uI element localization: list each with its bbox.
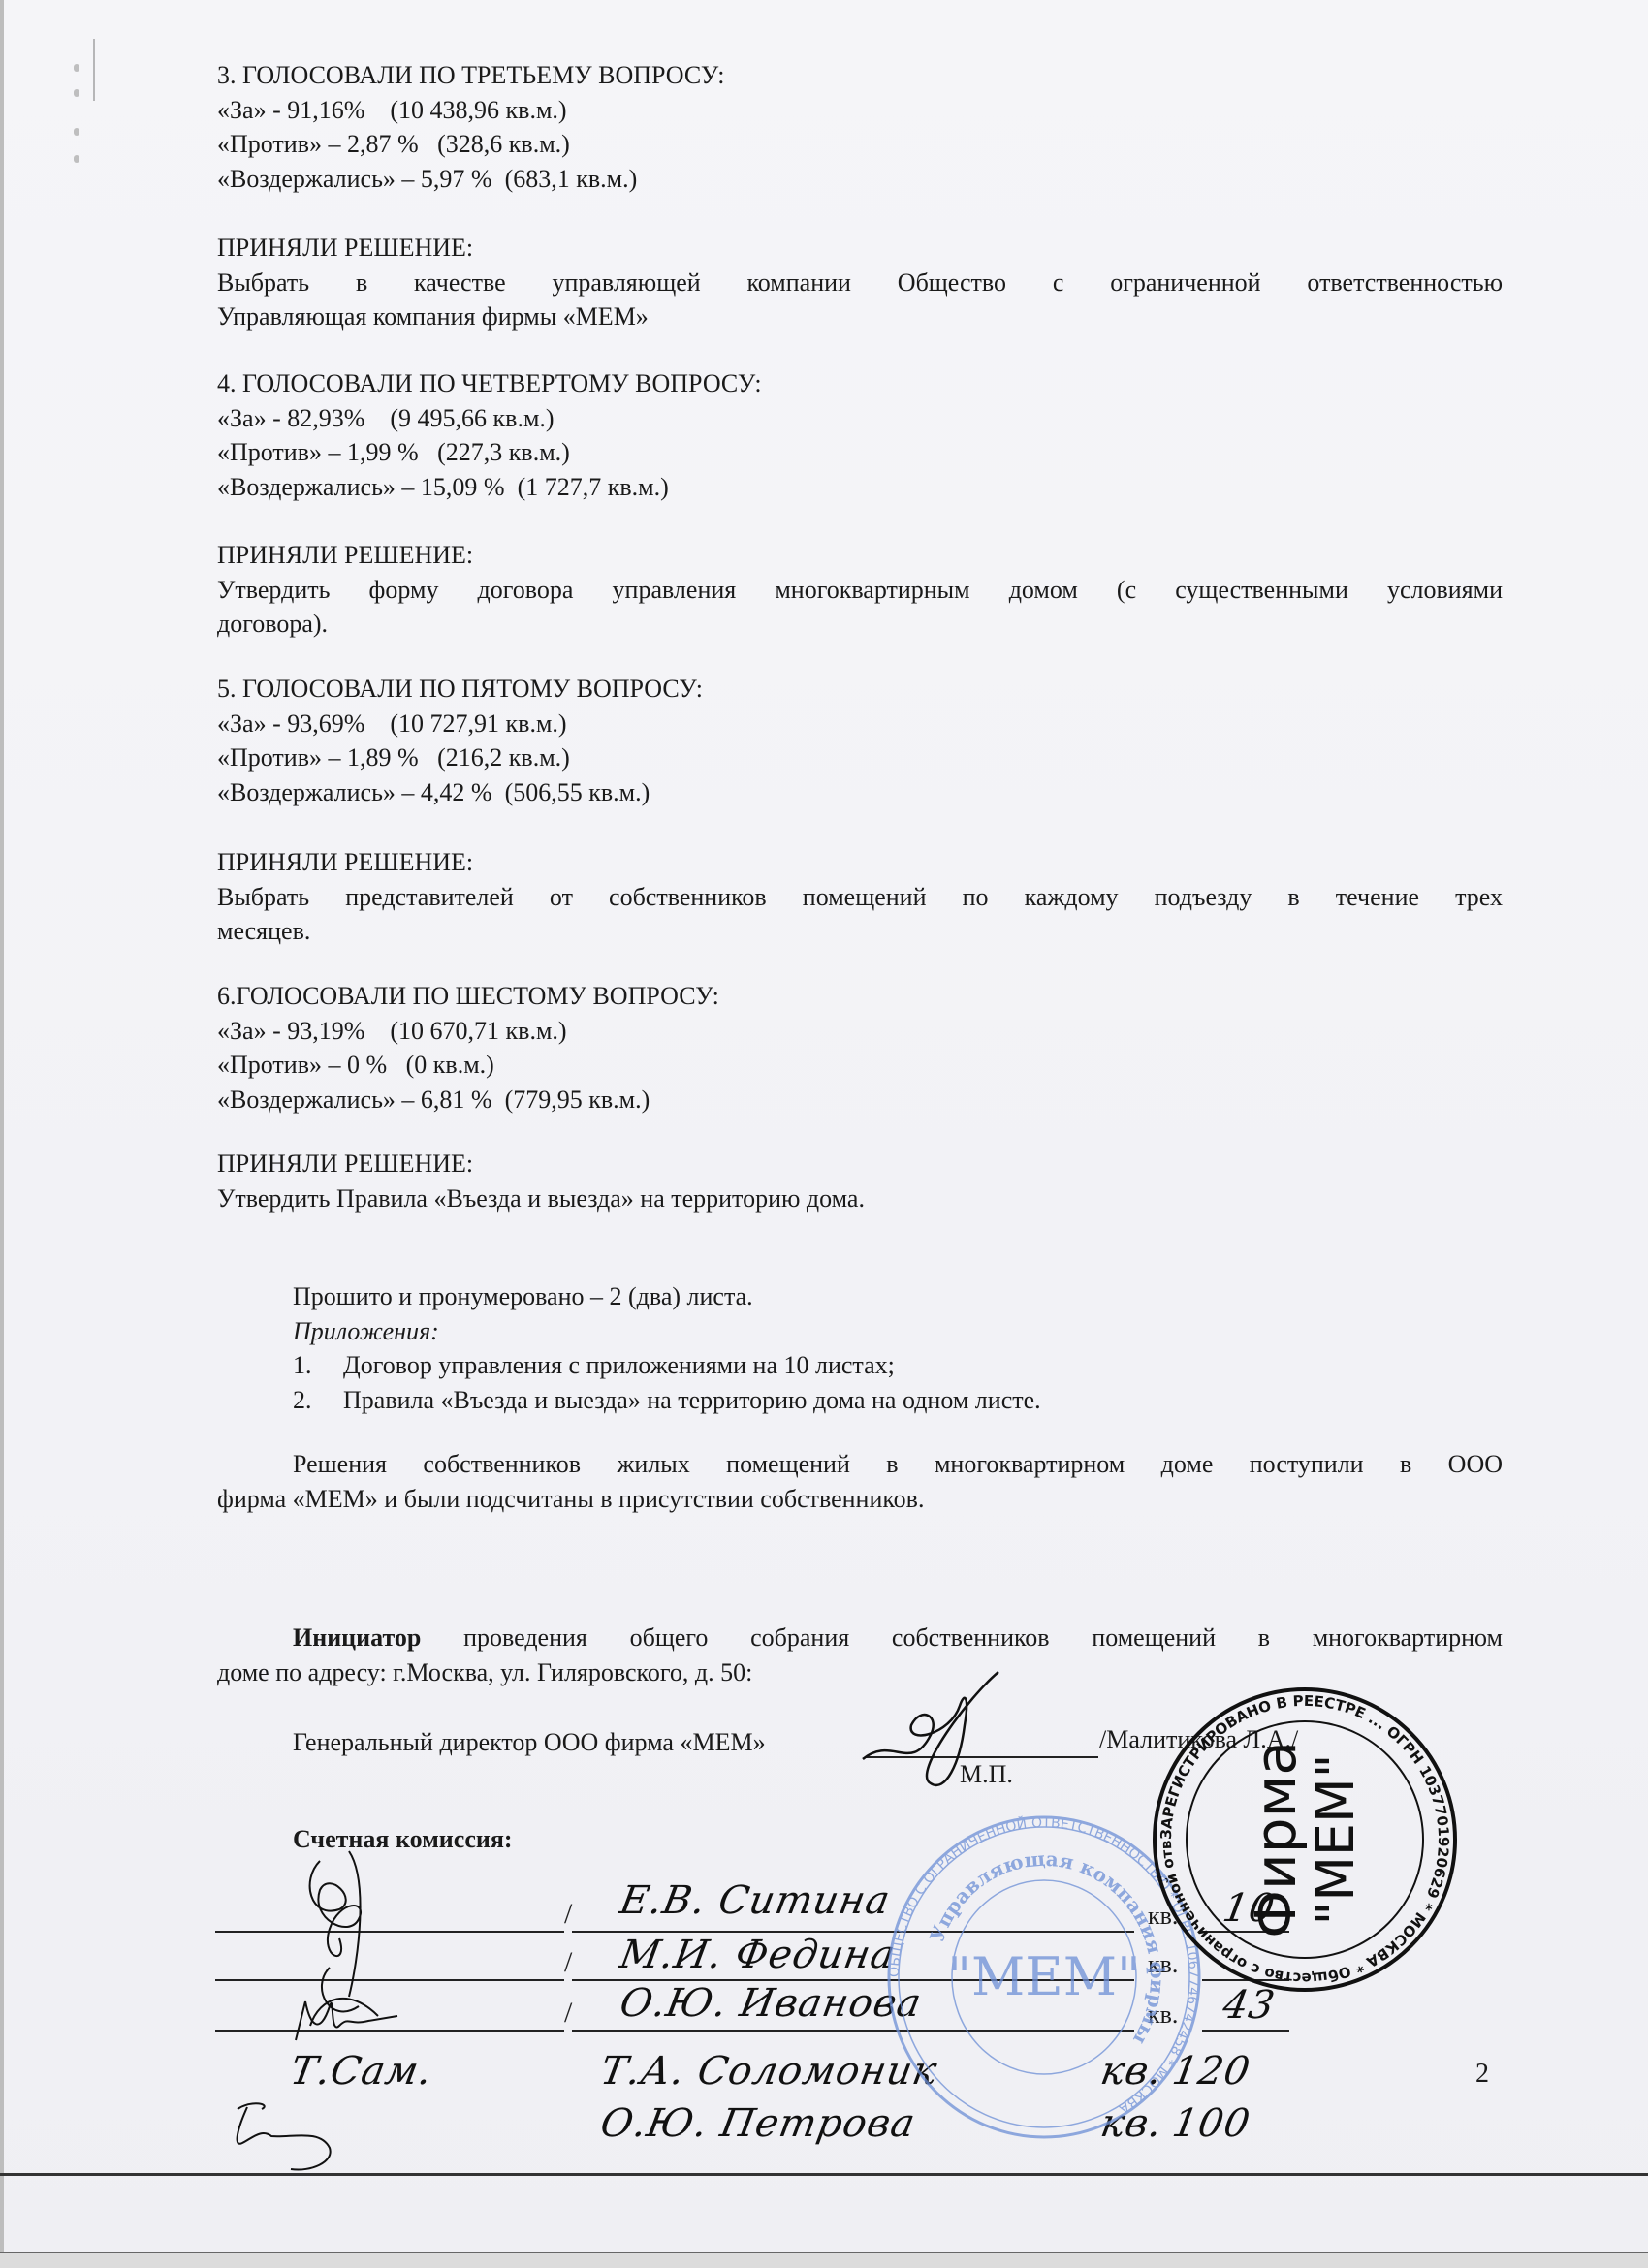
vote-for: «За» - 91,16% (10 438,96 кв.м.) <box>217 93 1503 128</box>
initiator-bold: Инициатор <box>293 1623 421 1652</box>
question-4-section: 4. ГОЛОСОВАЛИ ПО ЧЕТВЕРТОМУ ВОПРОСУ: «За… <box>217 366 1503 504</box>
attachment-item: 2. Правила «Въезда и выезда» на территор… <box>293 1383 1503 1418</box>
decision-label: ПРИНЯЛИ РЕШЕНИЕ: <box>217 845 1503 880</box>
vote-abstain: «Воздержались» – 15,09 % (1 727,7 кв.м.) <box>217 470 1503 505</box>
decision-text: Выбрать в качестве управляющей компании … <box>217 266 1503 300</box>
director-label: Генеральный директор ООО фирма «МЕМ» <box>293 1728 766 1756</box>
received-paragraph: Решения собственников жилых помещений в … <box>217 1447 1503 1516</box>
question-3-decision: ПРИНЯЛИ РЕШЕНИЕ: Выбрать в качестве упра… <box>217 231 1503 334</box>
question-3-section: 3. ГОЛОСОВАЛИ ПО ТРЕТЬЕМУ ВОПРОСУ: «За» … <box>217 58 1503 196</box>
question-5-decision: ПРИНЯЛИ РЕШЕНИЕ: Выбрать представителей … <box>217 845 1503 949</box>
initiator-text: Инициатор проведения общего собрания соб… <box>217 1621 1503 1655</box>
decision-label: ПРИНЯЛИ РЕШЕНИЕ: <box>217 538 1503 573</box>
handwritten-signature: Т.Сам. <box>287 2049 436 2094</box>
attachment-num: 1. <box>293 1348 343 1383</box>
stamp-center-line1: Фирма <box>1243 1741 1309 1938</box>
attachment-num: 2. <box>293 1383 343 1418</box>
question-6-section: 6.ГОЛОСОВАЛИ ПО ШЕСТОМУ ВОПРОСУ: «За» - … <box>217 979 1503 1117</box>
question-4-decision: ПРИНЯЛИ РЕШЕНИЕ: Утвердить форму договор… <box>217 538 1503 642</box>
decision-label: ПРИНЯЛИ РЕШЕНИЕ: <box>217 1147 1503 1181</box>
handwritten-name: М.И. Федина <box>617 1933 899 1977</box>
question-5-section: 5. ГОЛОСОВАЛИ ПО ПЯТОМУ ВОПРОСУ: «За» - … <box>217 672 1503 809</box>
scan-bottom-edge <box>0 2252 1648 2268</box>
vote-abstain: «Воздержались» – 5,97 % (683,1 кв.м.) <box>217 162 1503 197</box>
page-number: 2 <box>1475 2059 1489 2090</box>
director-signature <box>853 1667 1047 1793</box>
stamp-center-line2: "МЕМ" <box>1305 1754 1366 1926</box>
question-5-heading: 5. ГОЛОСОВАЛИ ПО ПЯТОМУ ВОПРОСУ: <box>217 672 1503 707</box>
document-page: 3. ГОЛОСОВАЛИ ПО ТРЕТЬЕМУ ВОПРОСУ: «За» … <box>0 0 1648 2268</box>
decision-text: Выбрать представителей от собственников … <box>217 880 1503 915</box>
vote-abstain: «Воздержались» – 4,42 % (506,55 кв.м.) <box>217 775 1503 810</box>
decision-text: Утвердить Правила «Въезда и выезда» на т… <box>217 1181 1503 1216</box>
question-4-heading: 4. ГОЛОСОВАЛИ ПО ЧЕТВЕРТОМУ ВОПРОСУ: <box>217 366 1503 401</box>
staple-mark <box>93 39 95 101</box>
vote-for: «За» - 82,93% (9 495,66 кв.м.) <box>217 401 1503 436</box>
question-6-heading: 6.ГОЛОСОВАЛИ ПО ШЕСТОМУ ВОПРОСУ: <box>217 979 1503 1014</box>
decision-text-cont: Управляющая компания фирмы «МЕМ» <box>217 299 1503 334</box>
bound-note: Прошито и пронумеровано – 2 (два) листа. <box>293 1279 1503 1314</box>
punch-hole <box>74 89 79 97</box>
company-stamp-black: ЗАРЕГИСТРИРОВАНО В РЕЕСТРЕ ... ОГРН 1037… <box>1150 1685 1460 1995</box>
separator-slash: / <box>564 1997 572 2030</box>
handwritten-name: О.Ю. Иванова <box>617 1981 925 2026</box>
question-6-decision: ПРИНЯЛИ РЕШЕНИЕ: Утвердить Правила «Въез… <box>217 1147 1503 1215</box>
decision-text-cont: месяцев. <box>217 914 1503 949</box>
punch-hole <box>74 128 79 136</box>
punch-hole <box>74 155 79 163</box>
vote-against: «Против» – 1,99 % (227,3 кв.м.) <box>217 435 1503 470</box>
handwritten-signature <box>291 1997 427 2045</box>
apt-line <box>1202 2030 1289 2032</box>
attachments-label: Приложения: <box>293 1314 1503 1349</box>
stamp-center-text: "МЕМ" <box>947 1946 1141 2007</box>
vote-against: «Против» – 0 % (0 кв.м.) <box>217 1048 1503 1083</box>
attachment-item: 1. Договор управления с приложениями на … <box>293 1348 1503 1383</box>
attachments-section: Прошито и пронумеровано – 2 (два) листа.… <box>293 1279 1503 1417</box>
handwritten-signature <box>223 2099 339 2177</box>
separator-slash: / <box>564 1946 572 1979</box>
scan-edge <box>0 0 4 2268</box>
vote-against: «Против» – 1,89 % (216,2 кв.м.) <box>217 740 1503 775</box>
punch-hole <box>74 64 79 72</box>
question-3-heading: 3. ГОЛОСОВАЛИ ПО ТРЕТЬЕМУ ВОПРОСУ: <box>217 58 1503 93</box>
received-text: Решения собственников жилых помещений в … <box>217 1447 1503 1482</box>
bottom-rule <box>0 2173 1648 2176</box>
vote-abstain: «Воздержались» – 6,81 % (779,95 кв.м.) <box>217 1083 1503 1118</box>
initiator-rest: проведения общего собрания собственников… <box>421 1623 1503 1652</box>
vote-for: «За» - 93,19% (10 670,71 кв.м.) <box>217 1014 1503 1049</box>
separator-slash: / <box>564 1898 572 1931</box>
handwritten-name: Е.В. Ситина <box>617 1878 894 1923</box>
decision-text-cont: договора). <box>217 607 1503 642</box>
attachment-text: Договор управления с приложениями на 10 … <box>343 1348 895 1383</box>
decision-label: ПРИНЯЛИ РЕШЕНИЕ: <box>217 231 1503 266</box>
vote-against: «Против» – 2,87 % (328,6 кв.м.) <box>217 127 1503 162</box>
handwritten-name: О.Ю. Петрова <box>597 2101 919 2146</box>
vote-for: «За» - 93,69% (10 727,91 кв.м.) <box>217 707 1503 741</box>
received-text-cont: фирма «МЕМ» и были подсчитаны в присутст… <box>217 1482 1503 1517</box>
attachment-text: Правила «Въезда и выезда» на территорию … <box>343 1383 1041 1418</box>
decision-text: Утвердить форму договора управления мног… <box>217 573 1503 608</box>
